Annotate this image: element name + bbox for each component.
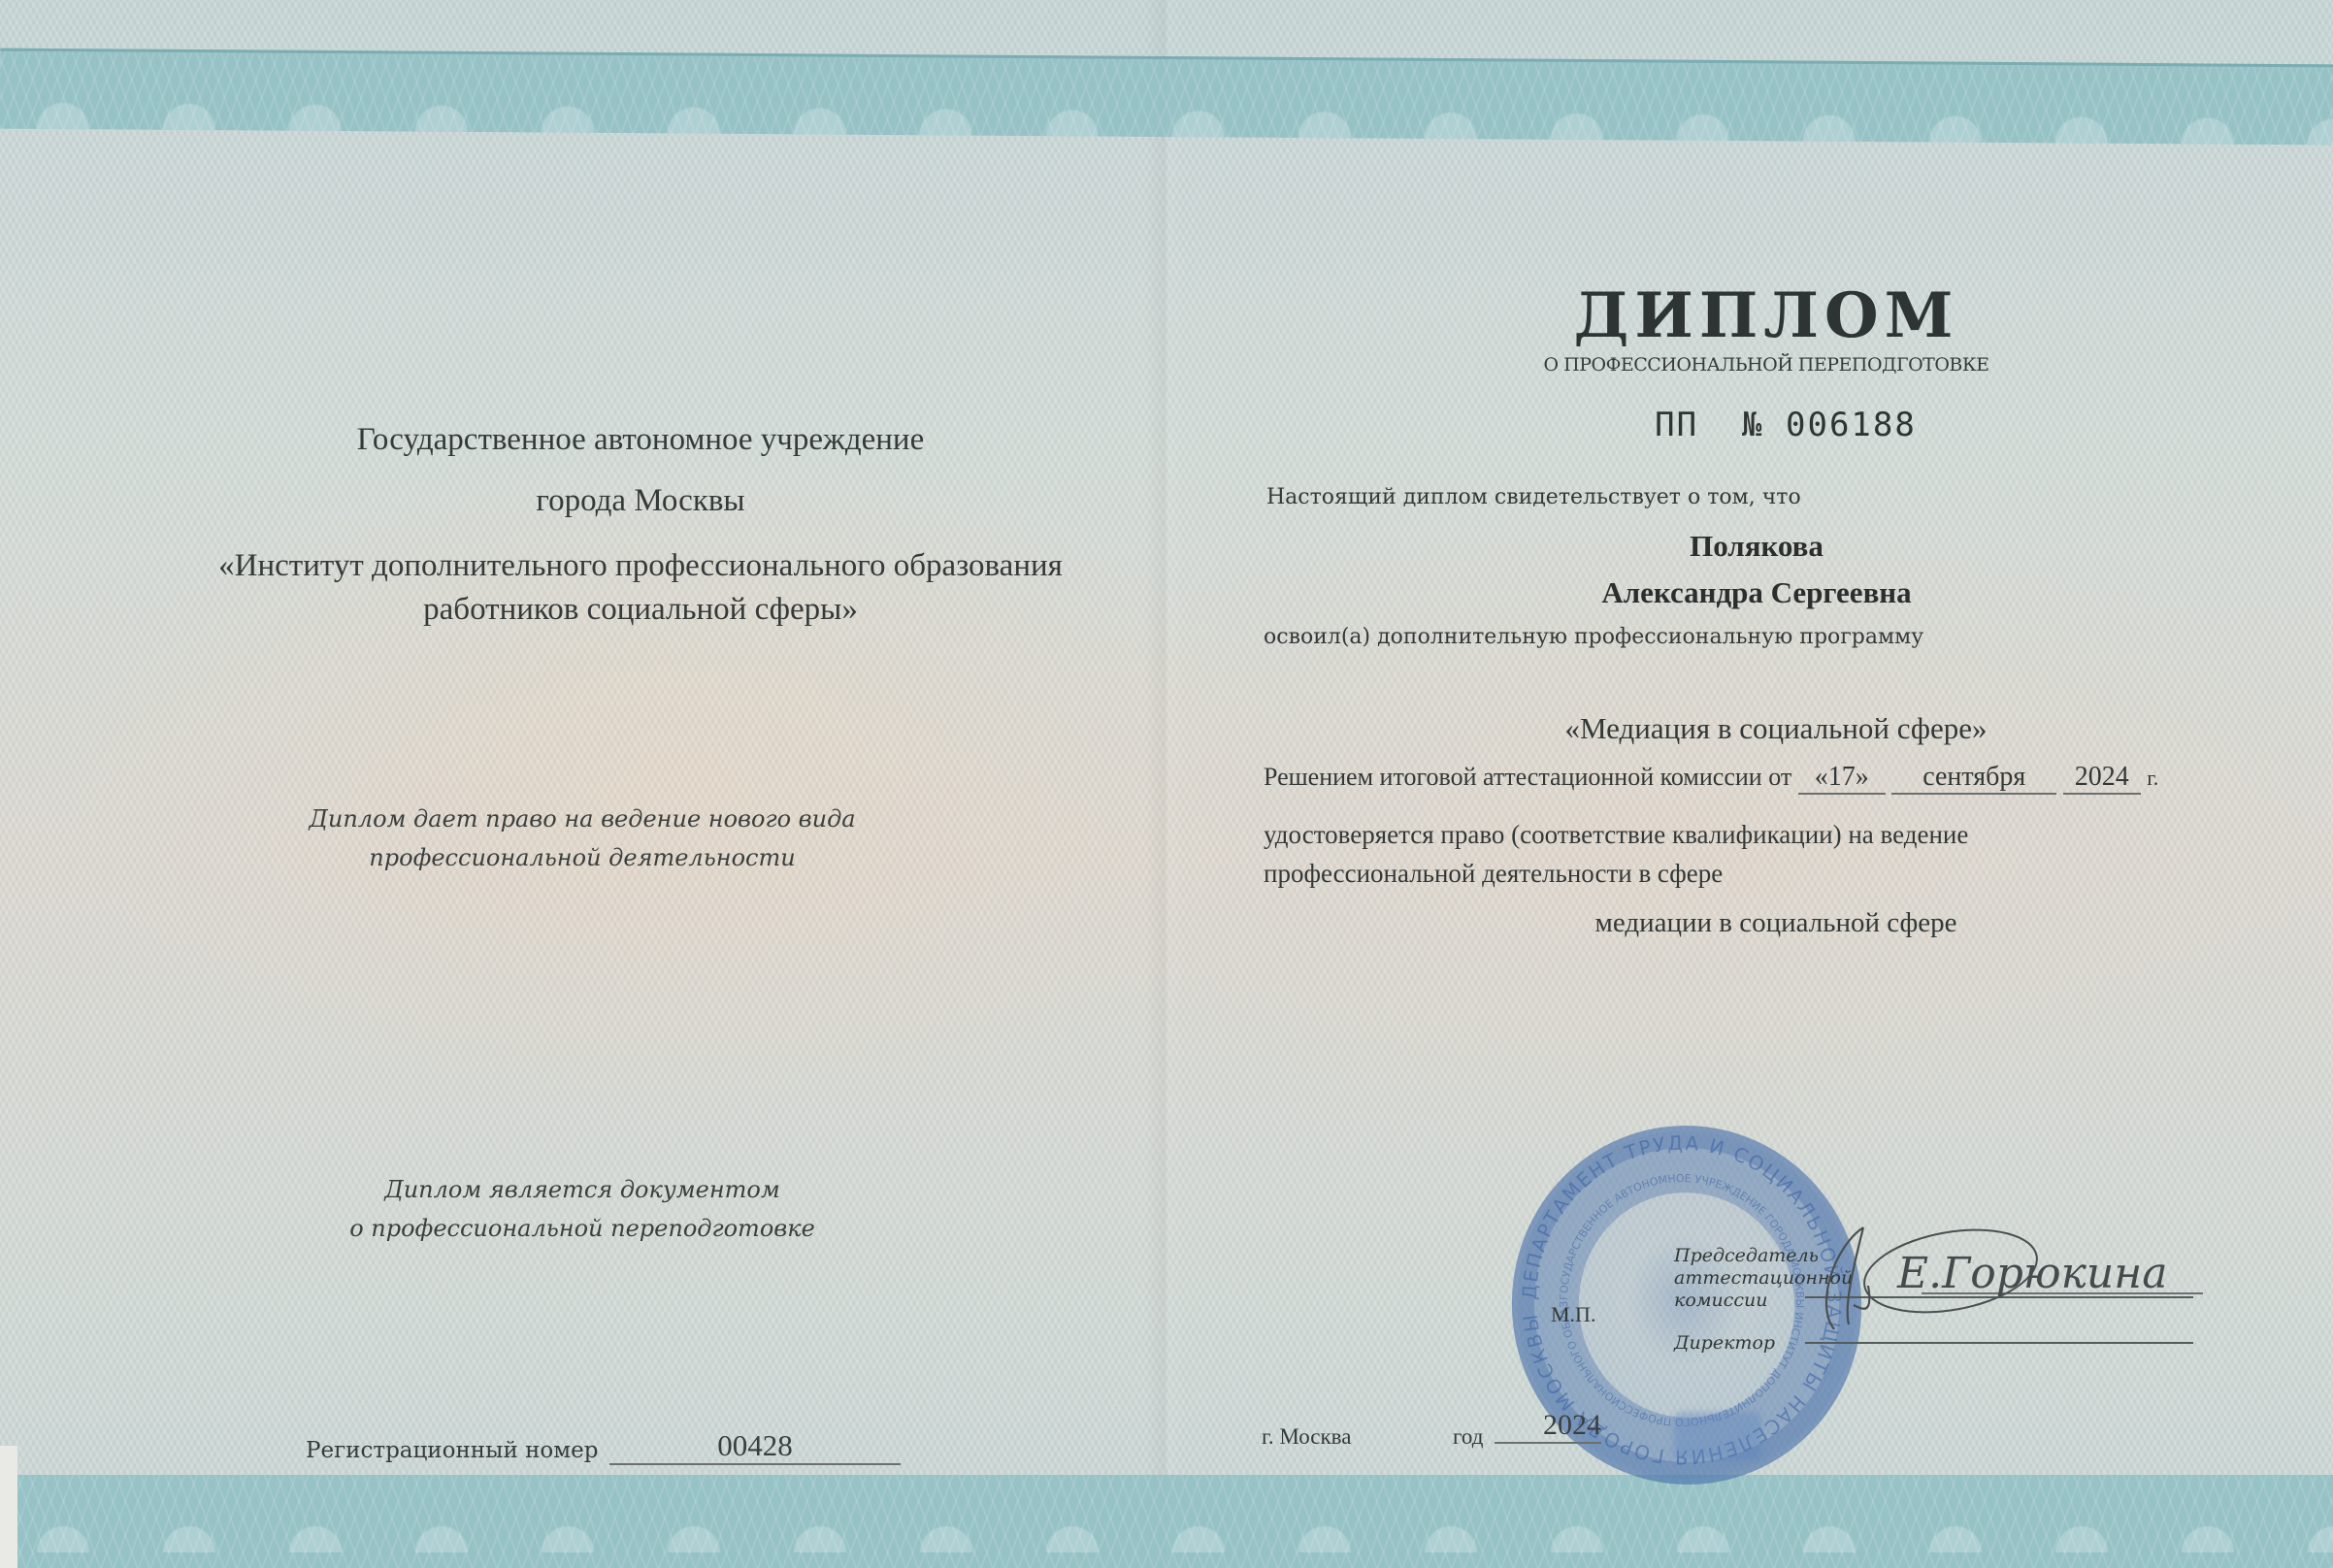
decision-month: сентября	[1891, 762, 2056, 795]
director-label: Директор	[1674, 1332, 1775, 1355]
diploma-spread: Государственное автономное учреждение го…	[0, 0, 2333, 1568]
professional-sphere: медиации в социальной сфере	[1388, 907, 2164, 939]
right-text-line-1: удостоверяется право (соответствие квали…	[1264, 820, 1968, 850]
diploma-number: ПП № 006188	[1592, 406, 1980, 444]
handwritten-signature: Е.Горюкина	[1795, 1218, 2213, 1334]
rights-note-line-2: профессиональной деятельности	[243, 844, 922, 871]
center-fold	[1145, 0, 1184, 1568]
institution-line-3: «Институт дополнительного профессиональн…	[175, 550, 1106, 582]
document-note-line-1: Диплом является документом	[243, 1176, 922, 1203]
top-ornament-band	[0, 49, 2333, 146]
institution-line-1: Государственное автономное учреждение	[175, 424, 1106, 456]
program-name: «Медиация в социальной сфере»	[1388, 711, 2164, 746]
city-label: г. Москва	[1262, 1424, 1351, 1450]
document-note-line-2: о профессиональной переподготовке	[243, 1215, 922, 1242]
number-sign: №	[1742, 406, 1763, 444]
decision-line: Решением итоговой аттестационной комисси…	[1264, 762, 2158, 795]
registration-label: Регистрационный номер	[306, 1438, 598, 1463]
director-signature-line	[1805, 1342, 2193, 1344]
institution-line-2: города Москвы	[175, 485, 1106, 517]
rights-note-line-1: Диплом дает право на ведение нового вида	[243, 805, 922, 833]
certifies-text: Настоящий диплом свидетельствует о том, …	[1266, 485, 1801, 509]
registration-number: 00428	[609, 1428, 901, 1465]
series: ПП	[1655, 406, 1698, 444]
diploma-subtitle: О ПРОФЕССИОНАЛЬНОЙ ПЕРЕПОДГОТОВКЕ	[1475, 354, 2057, 376]
decision-suffix: г.	[2147, 766, 2158, 790]
diploma-title: ДИПЛОМ	[1514, 279, 2019, 352]
decision-year: 2024	[2063, 762, 2141, 795]
decision-day: «17»	[1798, 762, 1886, 795]
institution-line-4: работников социальной сферы»	[175, 594, 1106, 626]
holder-surname: Полякова	[1514, 529, 1999, 564]
year-label: год	[1453, 1424, 1483, 1450]
holder-given-names: Александра Сергеевна	[1514, 575, 1999, 610]
seal-smudge	[1674, 1412, 1761, 1460]
svg-text:Е.Горюкина: Е.Горюкина	[1896, 1249, 2167, 1298]
decision-prefix: Решением итоговой аттестационной комисси…	[1264, 763, 1791, 791]
seal-place-label: М.П.	[1551, 1302, 1595, 1327]
completed-text: освоил(а) дополнительную профессиональну…	[1264, 625, 1923, 649]
right-text-line-2: профессиональной деятельности в сфере	[1264, 859, 1723, 889]
serial-number: 006188	[1786, 406, 1917, 444]
year-value: 2024	[1495, 1409, 1601, 1444]
page-edge	[0, 1446, 17, 1568]
bottom-ornament-band	[0, 1475, 2333, 1568]
